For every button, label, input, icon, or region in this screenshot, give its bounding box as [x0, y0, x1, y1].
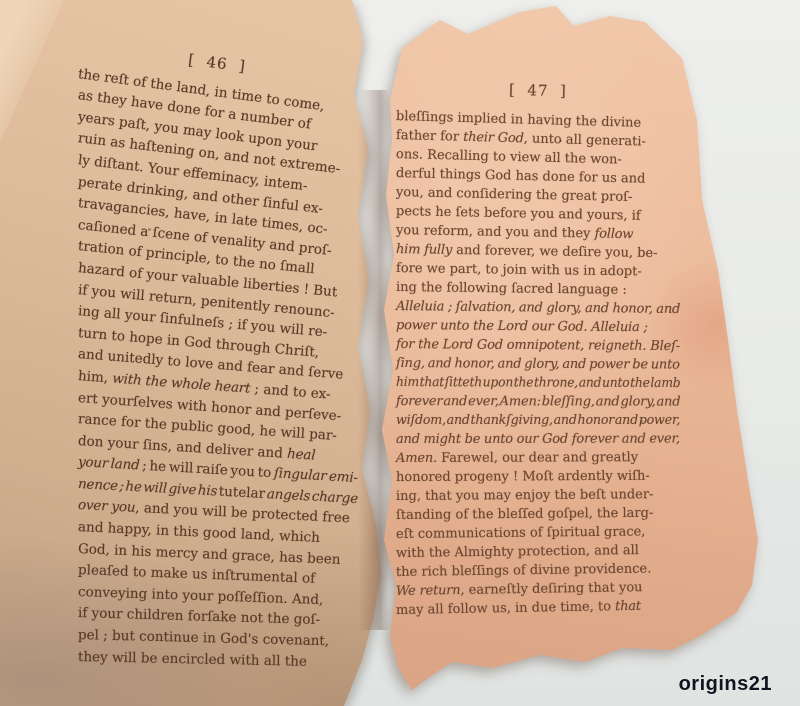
italic-text: him fully	[396, 242, 452, 258]
text-line: power unto the Lord our God. Alleluia ;	[396, 316, 680, 337]
italic-text: Alleluia ; ſalvation, and glory, and hon…	[396, 299, 680, 317]
page-corner-curl	[0, 0, 70, 150]
italic-text: and might be unto our God forever and ev…	[396, 432, 680, 447]
italic-text: follow	[594, 226, 633, 242]
paper-speck	[640, 420, 643, 423]
italic-text: for the Lord God omnipotent, reigneth. B…	[396, 337, 680, 354]
text-line: for the Lord God omnipotent, reigneth. B…	[396, 335, 680, 356]
italic-text: that	[615, 599, 641, 614]
italic-text: forever and ever, Amen: bleſſing, and gl…	[396, 394, 680, 409]
page-46-text-block: [ 46 ] the reſt of the land, in time to …	[78, 36, 358, 668]
italic-text: power unto the Lord our God. Alleluia ;	[396, 318, 648, 335]
roman-text: and forever, we deſire you, be-	[452, 243, 658, 261]
text-line: ſing, and honor, and glory, and power be…	[396, 354, 680, 374]
text-line: Amen. Farewel, our dear and greatly	[396, 448, 680, 468]
italic-text: wiſdom, and thankſgiving, and honor and …	[396, 413, 680, 428]
text-line: wiſdom, and thankſgiving, and honor and …	[396, 411, 672, 430]
roman-text: , unto all generati-	[523, 131, 646, 149]
italic-text: their God	[463, 130, 524, 147]
text-line: him that ſitteth upon the throne, and un…	[396, 373, 665, 393]
italic-text: ſingular emi-	[273, 466, 358, 487]
italic-text: your land	[78, 454, 140, 474]
roman-text: eſt communications of ſpiritual grace,	[396, 524, 646, 542]
watermark: origins21	[679, 673, 772, 696]
page-47-text-block: [ 47 ] bleſſings implied in having the d…	[396, 78, 680, 620]
roman-text: ing, that you may enjoy the beſt under-	[396, 487, 654, 504]
text-line: honored progeny ! Moſt ardently wiſh-	[396, 467, 680, 487]
italic-text: him that ſitteth upon the throne, and un…	[396, 375, 681, 391]
paper-speck	[560, 140, 562, 142]
roman-text: with the Almighty protection, and all	[396, 543, 639, 561]
paper-speck	[148, 228, 151, 231]
text-line: and might be unto our God forever and ev…	[396, 430, 680, 449]
roman-text: , earneſtly deſiring that you	[460, 580, 642, 598]
roman-text: you reform, and you and they	[396, 223, 595, 241]
italic-text: over you	[78, 497, 136, 516]
roman-text: fore we part, to join with us in adopt-	[396, 261, 642, 279]
roman-text: ing the following ſacred language :	[396, 280, 627, 298]
page-47-body-text: bleſſings implied in having the divinefa…	[396, 107, 680, 620]
roman-text: the rich bleſſings of divine providence.	[396, 561, 652, 580]
photo-backdrop: [ 46 ] the reſt of the land, in time to …	[0, 0, 800, 706]
roman-text: pel ; but continue in God's covenant,	[78, 627, 330, 649]
italic-text: heal	[287, 446, 316, 464]
roman-text: tutelar	[218, 483, 267, 502]
italic-text: We return	[396, 583, 461, 599]
text-line: ing, that you may enjoy the beſt under-	[396, 485, 680, 506]
page-number-47: [ 47 ]	[396, 78, 680, 104]
italic-text: ſing, and honor, and glory, and power be…	[396, 356, 680, 372]
roman-text: him,	[77, 368, 112, 386]
roman-text: honored progeny ! Moſt ardently wiſh-	[396, 469, 650, 485]
roman-text: may all follow us, in due time, to	[396, 599, 615, 618]
roman-text: they will be encircled with all the	[78, 649, 307, 670]
italic-text: angels charge	[266, 486, 358, 507]
roman-text: ſtanding of the bleſſed goſpel, the larg…	[396, 506, 653, 523]
italic-text: Amen.	[396, 451, 437, 466]
roman-text: ; and to ex-	[250, 381, 332, 403]
gutter-shadow	[358, 90, 390, 630]
page-46-body-text: the reſt of the land, in time to come,as…	[78, 64, 358, 669]
paper-speck	[300, 103, 302, 105]
roman-text: father for	[396, 128, 464, 145]
text-line: forever and ever, Amen: bleſſing, and gl…	[396, 392, 680, 411]
text-line: may all follow us, in due time, to that	[396, 596, 680, 620]
roman-text: Farewel, our dear and greatly	[437, 450, 638, 466]
